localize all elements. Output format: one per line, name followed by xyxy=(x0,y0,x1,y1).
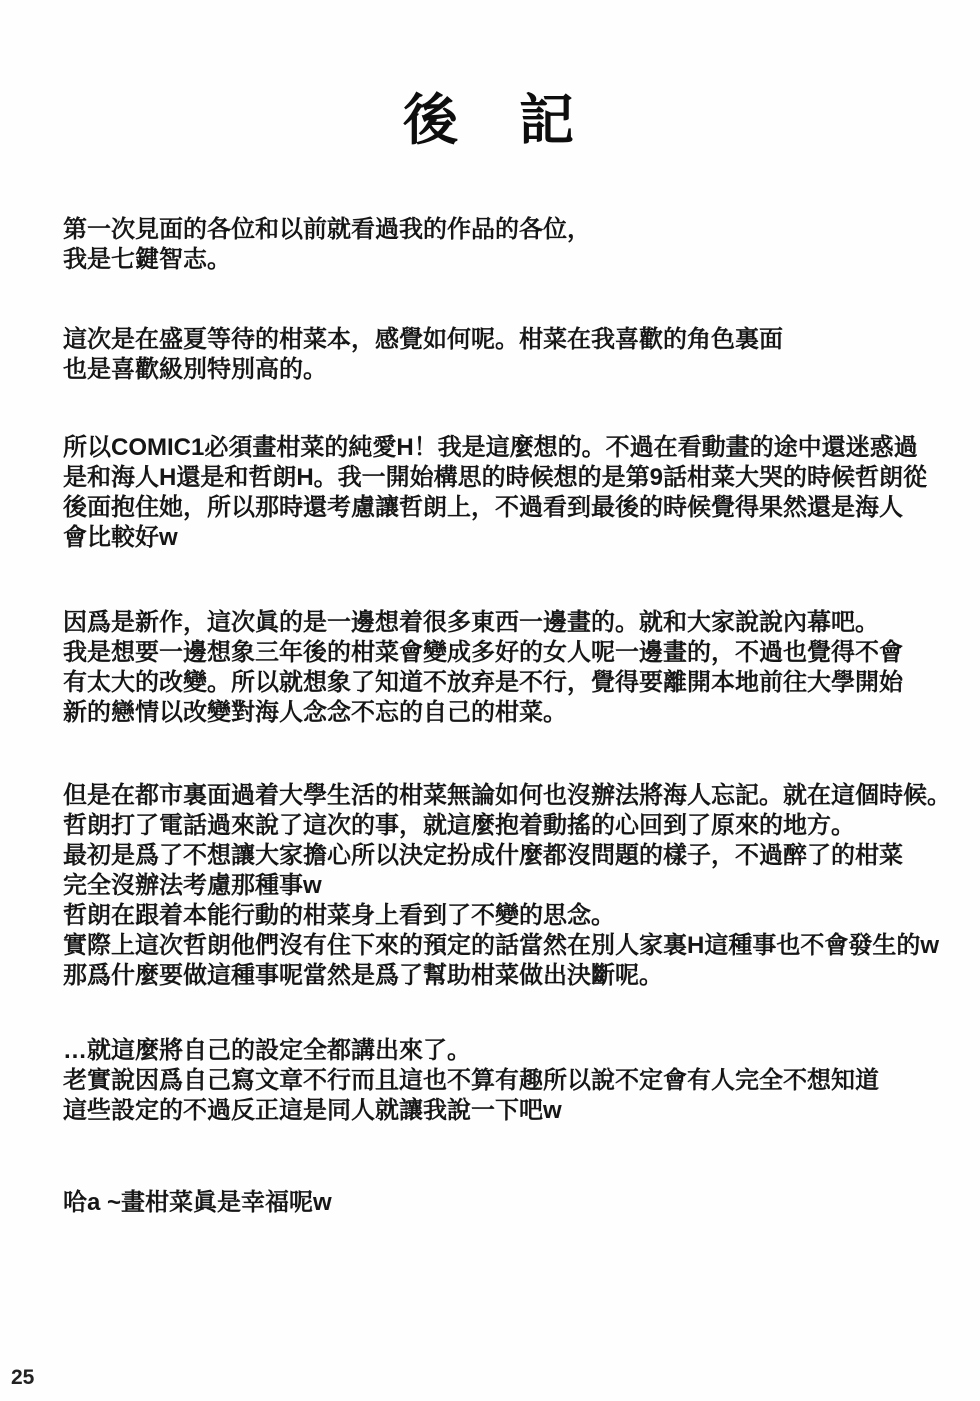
text-line: 老實說因爲自己寫文章不行而且這也不算有趣所以說不定會有人完全不想知道 xyxy=(63,1066,960,1096)
text-line: 後面抱住她，所以那時還考慮讓哲朗上，不過看到最後的時候覺得果然還是海人 xyxy=(63,493,960,523)
text-line: 但是在都市裏面過着大學生活的柑菜無論如何也沒辦法將海人忘記。就在這個時候。 xyxy=(63,781,960,811)
text-line: 實際上這次哲朗他們沒有住下來的預定的話當然在別人家裏H這種事也不會發生的w xyxy=(63,931,960,961)
text-line: …就這麼將自己的設定全都講出來了。 xyxy=(63,1036,960,1066)
paragraph-5: 但是在都市裏面過着大學生活的柑菜無論如何也沒辦法將海人忘記。就在這個時候。哲朗打… xyxy=(63,781,960,991)
text-line: 是和海人H還是和哲朗H。我一開始構思的時候想的是第9話柑菜大哭的時候哲朗從 xyxy=(63,463,960,493)
document-page: 後 記 第一次見面的各位和以前就看過我的作品的各位，我是七鍵智志。這次是在盛夏等… xyxy=(0,0,980,1401)
text-line: 這些設定的不過反正這是同人就讓我說一下吧w xyxy=(63,1096,960,1126)
text-line: 最初是爲了不想讓大家擔心所以決定扮成什麼都沒問題的樣子，不過醉了的柑菜 xyxy=(63,841,960,871)
paragraph-6: …就這麼將自己的設定全都講出來了。老實說因爲自己寫文章不行而且這也不算有趣所以說… xyxy=(63,1036,960,1126)
paragraph-2: 這次是在盛夏等待的柑菜本，感覺如何呢。柑菜在我喜歡的角色裏面也是喜歡級別特別高的… xyxy=(63,325,960,385)
text-line: 哈a ~畫柑菜眞是幸福呢w xyxy=(63,1188,960,1218)
paragraph-3: 所以COMIC1必須畫柑菜的純愛H！我是這麼想的。不過在看動畫的途中還迷惑過是和… xyxy=(63,433,960,553)
text-line: 那爲什麼要做這種事呢當然是爲了幫助柑菜做出決斷呢。 xyxy=(63,961,960,991)
text-line: 這次是在盛夏等待的柑菜本，感覺如何呢。柑菜在我喜歡的角色裏面 xyxy=(63,325,960,355)
text-line: 第一次見面的各位和以前就看過我的作品的各位， xyxy=(63,215,960,245)
text-line: 因爲是新作，這次眞的是一邊想着很多東西一邊畫的。就和大家說說內幕吧。 xyxy=(63,608,960,638)
text-line: 會比較好w xyxy=(63,523,960,553)
text-line: 哲朗打了電話過來說了這次的事，就這麼抱着動搖的心回到了原來的地方。 xyxy=(63,811,960,841)
paragraph-7: 哈a ~畫柑菜眞是幸福呢w xyxy=(63,1188,960,1218)
text-line: 我是七鍵智志。 xyxy=(63,245,960,275)
text-line: 有太大的改變。所以就想象了知道不放弃是不行，覺得要離開本地前往大學開始 xyxy=(63,668,960,698)
page-number: 25 xyxy=(11,1366,34,1390)
text-line: 所以COMIC1必須畫柑菜的純愛H！我是這麼想的。不過在看動畫的途中還迷惑過 xyxy=(63,433,960,463)
text-line: 我是想要一邊想象三年後的柑菜會變成多好的女人呢一邊畫的，不過也覺得不會 xyxy=(63,638,960,668)
afterword-text: 第一次見面的各位和以前就看過我的作品的各位，我是七鍵智志。這次是在盛夏等待的柑菜… xyxy=(0,0,980,1401)
text-line: 哲朗在跟着本能行動的柑菜身上看到了不變的思念。 xyxy=(63,901,960,931)
text-line: 新的戀情以改變對海人念念不忘的自己的柑菜。 xyxy=(63,698,960,728)
text-line: 也是喜歡級別特別高的。 xyxy=(63,355,960,385)
paragraph-1: 第一次見面的各位和以前就看過我的作品的各位，我是七鍵智志。 xyxy=(63,215,960,275)
text-line: 完全沒辦法考慮那種事w xyxy=(63,871,960,901)
paragraph-4: 因爲是新作，這次眞的是一邊想着很多東西一邊畫的。就和大家說說內幕吧。我是想要一邊… xyxy=(63,608,960,728)
